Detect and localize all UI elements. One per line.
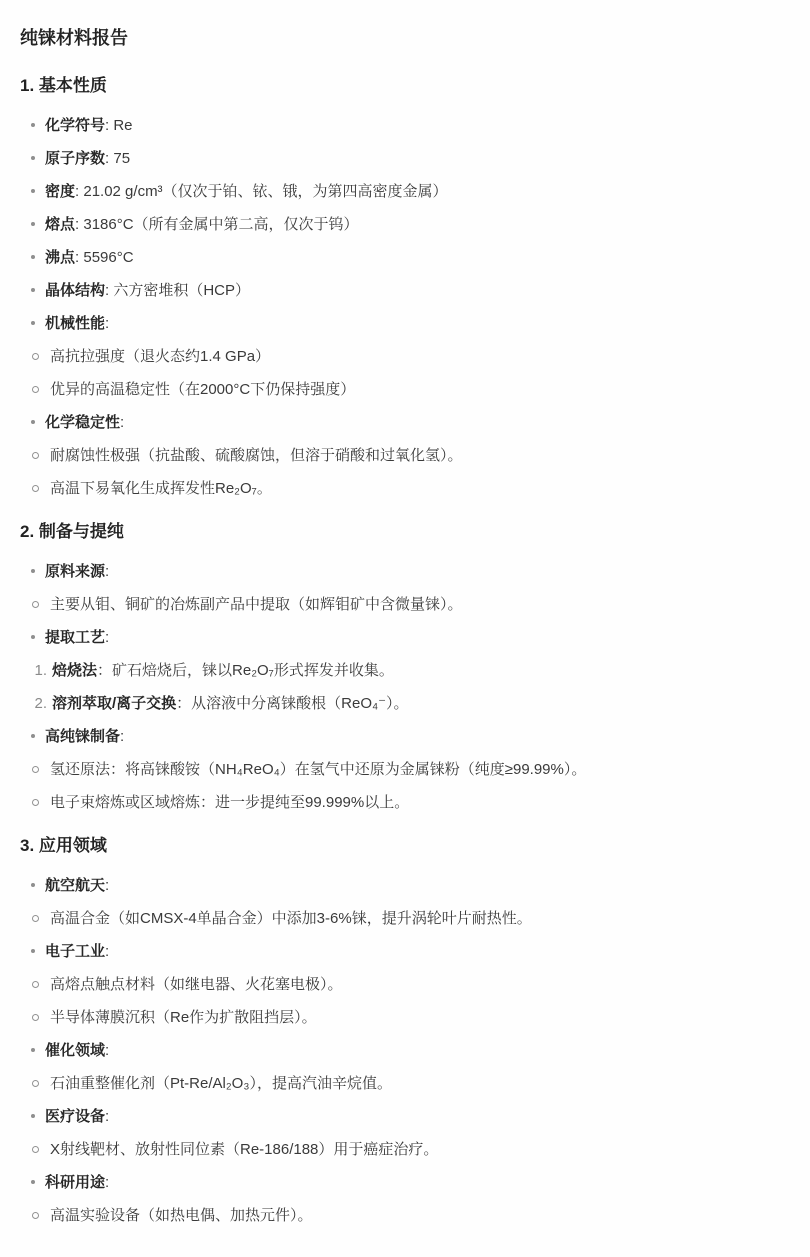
item-label: 密度: [45, 183, 75, 200]
item-text: X射线靶材、放射性同位素（Re-186/188）用于癌症治疗。: [50, 1141, 438, 1158]
sublist: 高温实验设备（如热电偶、加热元件）。: [20, 1204, 786, 1227]
item-text: 高温下易氧化生成挥发性Re₂O₇。: [50, 480, 272, 497]
item-text: :: [105, 1174, 109, 1191]
item-text: :: [105, 1042, 109, 1059]
sublist: 主要从钼、铜矿的冶炼副产品中提取（如辉钼矿中含微量铼）。: [20, 593, 786, 616]
item-label: 机械性能: [45, 315, 105, 332]
item-text: : 75: [105, 150, 130, 167]
sublist: X射线靶材、放射性同位素（Re-186/188）用于癌症治疗。: [20, 1138, 786, 1161]
item-label: 高纯铼制备: [45, 728, 120, 745]
circle-bullet-icon: [32, 915, 39, 922]
bullet-icon: [31, 255, 35, 259]
item-label: 提取工艺: [45, 629, 105, 646]
circle-bullet-icon: [32, 1014, 39, 1021]
list-item: 氢还原法：将高铼酸铵（NH₄ReO₄）在氢气中还原为金属铼粉（纯度≥99.99%…: [20, 758, 786, 781]
item-label: 原料来源: [45, 563, 105, 580]
bullet-icon: [31, 123, 35, 127]
list-item: 原料来源: 主要从钼、铜矿的冶炼副产品中提取（如辉钼矿中含微量铼）。: [20, 560, 786, 616]
list-item: 高抗拉强度（退火态约1.4 GPa）: [20, 345, 786, 368]
list-item: X射线靶材、放射性同位素（Re-186/188）用于癌症治疗。: [20, 1138, 786, 1161]
item-text: 高抗拉强度（退火态约1.4 GPa）: [50, 348, 270, 365]
list-basic-properties: 化学符号: Re 原子序数: 75 密度: 21.02 g/cm³（仅次于铂、铱…: [20, 114, 786, 500]
list-item: 高温下易氧化生成挥发性Re₂O₇。: [20, 477, 786, 500]
circle-bullet-icon: [32, 1212, 39, 1219]
item-text: :: [120, 414, 124, 431]
list-item: 沸点: 5596°C: [20, 246, 786, 269]
circle-bullet-icon: [32, 1146, 39, 1153]
circle-bullet-icon: [32, 601, 39, 608]
item-text: 高熔点触点材料（如继电器、火花塞电极）。: [50, 976, 343, 993]
list-item: 化学符号: Re: [20, 114, 786, 137]
list-item: 提取工艺: 1.焙烧法：矿石焙烧后，铼以Re₂O₇形式挥发并收集。 2.溶剂萃取…: [20, 626, 786, 715]
item-label: 航空航天: [45, 877, 105, 894]
item-text: ：从溶液中分离铼酸根（ReO₄⁻）。: [176, 695, 408, 712]
item-number: 2.: [20, 692, 47, 715]
list-item: 电子工业: 高熔点触点材料（如继电器、火花塞电极）。 半导体薄膜沉积（Re作为扩…: [20, 940, 786, 1029]
item-label: 焙烧法: [52, 662, 97, 679]
list-item: 密度: 21.02 g/cm³（仅次于铂、铱、锇，为第四高密度金属）: [20, 180, 786, 203]
list-item: 科研用途: 高温实验设备（如热电偶、加热元件）。: [20, 1171, 786, 1227]
sublist: 高抗拉强度（退火态约1.4 GPa） 优异的高温稳定性（在2000°C下仍保持强…: [20, 345, 786, 401]
item-label: 化学符号: [45, 117, 105, 134]
item-label: 沸点: [45, 249, 75, 266]
document: 纯铼材料报告 1. 基本性质 化学符号: Re 原子序数: 75 密度: 21.…: [0, 0, 810, 1257]
item-text: :: [105, 563, 109, 580]
bullet-icon: [31, 734, 35, 738]
bullet-icon: [31, 321, 35, 325]
bullet-icon: [31, 288, 35, 292]
item-number: 1.: [20, 659, 47, 682]
item-text: ：矿石焙烧后，铼以Re₂O₇形式挥发并收集。: [97, 662, 394, 679]
list-item: 2.溶剂萃取/离子交换：从溶液中分离铼酸根（ReO₄⁻）。: [20, 692, 786, 715]
list-item: 石油重整催化剂（Pt-Re/Al₂O₃），提高汽油辛烷值。: [20, 1072, 786, 1095]
item-label: 化学稳定性: [45, 414, 120, 431]
list-item: 半导体薄膜沉积（Re作为扩散阻挡层）。: [20, 1006, 786, 1029]
sublist: 耐腐蚀性极强（抗盐酸、硫酸腐蚀，但溶于硝酸和过氧化氢）。 高温下易氧化生成挥发性…: [20, 444, 786, 500]
list-item: 航空航天: 高温合金（如CMSX-4单晶合金）中添加3-6%铼，提升涡轮叶片耐热…: [20, 874, 786, 930]
item-label: 原子序数: [45, 150, 105, 167]
list-item: 机械性能: 高抗拉强度（退火态约1.4 GPa） 优异的高温稳定性（在2000°…: [20, 312, 786, 401]
circle-bullet-icon: [32, 799, 39, 806]
bullet-icon: [31, 420, 35, 424]
bullet-icon: [31, 1180, 35, 1184]
bullet-icon: [31, 1114, 35, 1118]
sublist: 高温合金（如CMSX-4单晶合金）中添加3-6%铼，提升涡轮叶片耐热性。: [20, 907, 786, 930]
list-item: 晶体结构: 六方密堆积（HCP）: [20, 279, 786, 302]
circle-bullet-icon: [32, 1080, 39, 1087]
bullet-icon: [31, 1048, 35, 1052]
list-item: 医疗设备: X射线靶材、放射性同位素（Re-186/188）用于癌症治疗。: [20, 1105, 786, 1161]
item-label: 电子工业: [45, 943, 105, 960]
item-label: 科研用途: [45, 1174, 105, 1191]
item-text: : 3186°C（所有金属中第二高，仅次于钨）: [75, 216, 359, 233]
list-preparation: 原料来源: 主要从钼、铜矿的冶炼副产品中提取（如辉钼矿中含微量铼）。 提取工艺:…: [20, 560, 786, 814]
list-item: 熔点: 3186°C（所有金属中第二高，仅次于钨）: [20, 213, 786, 236]
item-label: 医疗设备: [45, 1108, 105, 1125]
list-item: 催化领域: 石油重整催化剂（Pt-Re/Al₂O₃），提高汽油辛烷值。: [20, 1039, 786, 1095]
section-heading-preparation: 2. 制备与提纯: [20, 520, 786, 544]
circle-bullet-icon: [32, 766, 39, 773]
list-item: 原子序数: 75: [20, 147, 786, 170]
ordered-sublist: 1.焙烧法：矿石焙烧后，铼以Re₂O₇形式挥发并收集。 2.溶剂萃取/离子交换：…: [20, 659, 786, 715]
item-text: :: [105, 1108, 109, 1125]
list-item: 电子束熔炼或区域熔炼：进一步提纯至99.999%以上。: [20, 791, 786, 814]
bullet-icon: [31, 222, 35, 226]
item-label: 晶体结构: [45, 282, 105, 299]
item-text: : 5596°C: [75, 249, 134, 266]
item-text: : 21.02 g/cm³（仅次于铂、铱、锇，为第四高密度金属）: [75, 183, 448, 200]
item-text: : Re: [105, 117, 133, 134]
item-text: :: [105, 315, 109, 332]
item-label: 溶剂萃取/离子交换: [52, 695, 176, 712]
list-item: 化学稳定性: 耐腐蚀性极强（抗盐酸、硫酸腐蚀，但溶于硝酸和过氧化氢）。 高温下易…: [20, 411, 786, 500]
item-label: 熔点: [45, 216, 75, 233]
item-label: 催化领域: [45, 1042, 105, 1059]
list-item: 高温实验设备（如热电偶、加热元件）。: [20, 1204, 786, 1227]
item-text: 优异的高温稳定性（在2000°C下仍保持强度）: [50, 381, 355, 398]
item-text: 耐腐蚀性极强（抗盐酸、硫酸腐蚀，但溶于硝酸和过氧化氢）。: [50, 447, 463, 464]
item-text: :: [120, 728, 124, 745]
list-item: 1.焙烧法：矿石焙烧后，铼以Re₂O₇形式挥发并收集。: [20, 659, 786, 682]
bullet-icon: [31, 569, 35, 573]
item-text: 氢还原法：将高铼酸铵（NH₄ReO₄）在氢气中还原为金属铼粉（纯度≥99.99%…: [50, 761, 586, 778]
item-text: 主要从钼、铜矿的冶炼副产品中提取（如辉钼矿中含微量铼）。: [50, 596, 463, 613]
page-title: 纯铼材料报告: [20, 26, 786, 50]
circle-bullet-icon: [32, 981, 39, 988]
bullet-icon: [31, 156, 35, 160]
item-text: 电子束熔炼或区域熔炼：进一步提纯至99.999%以上。: [50, 794, 409, 811]
list-item: 主要从钼、铜矿的冶炼副产品中提取（如辉钼矿中含微量铼）。: [20, 593, 786, 616]
circle-bullet-icon: [32, 452, 39, 459]
item-text: 半导体薄膜沉积（Re作为扩散阻挡层）。: [50, 1009, 317, 1026]
circle-bullet-icon: [32, 353, 39, 360]
section-heading-applications: 3. 应用领域: [20, 834, 786, 858]
list-item: 高温合金（如CMSX-4单晶合金）中添加3-6%铼，提升涡轮叶片耐热性。: [20, 907, 786, 930]
item-text: : 六方密堆积（HCP）: [105, 282, 250, 299]
circle-bullet-icon: [32, 386, 39, 393]
list-applications: 航空航天: 高温合金（如CMSX-4单晶合金）中添加3-6%铼，提升涡轮叶片耐热…: [20, 874, 786, 1227]
sublist: 石油重整催化剂（Pt-Re/Al₂O₃），提高汽油辛烷值。: [20, 1072, 786, 1095]
bullet-icon: [31, 189, 35, 193]
circle-bullet-icon: [32, 485, 39, 492]
list-item: 优异的高温稳定性（在2000°C下仍保持强度）: [20, 378, 786, 401]
item-text: 高温合金（如CMSX-4单晶合金）中添加3-6%铼，提升涡轮叶片耐热性。: [50, 910, 532, 927]
item-text: :: [105, 943, 109, 960]
section-heading-basic-properties: 1. 基本性质: [20, 74, 786, 98]
item-text: :: [105, 629, 109, 646]
bullet-icon: [31, 635, 35, 639]
item-text: 高温实验设备（如热电偶、加热元件）。: [50, 1207, 313, 1224]
list-item: 高纯铼制备: 氢还原法：将高铼酸铵（NH₄ReO₄）在氢气中还原为金属铼粉（纯度…: [20, 725, 786, 814]
bullet-icon: [31, 883, 35, 887]
item-text: 石油重整催化剂（Pt-Re/Al₂O₃），提高汽油辛烷值。: [50, 1075, 392, 1092]
item-text: :: [105, 877, 109, 894]
bullet-icon: [31, 949, 35, 953]
sublist: 氢还原法：将高铼酸铵（NH₄ReO₄）在氢气中还原为金属铼粉（纯度≥99.99%…: [20, 758, 786, 814]
list-item: 高熔点触点材料（如继电器、火花塞电极）。: [20, 973, 786, 996]
sublist: 高熔点触点材料（如继电器、火花塞电极）。 半导体薄膜沉积（Re作为扩散阻挡层）。: [20, 973, 786, 1029]
list-item: 耐腐蚀性极强（抗盐酸、硫酸腐蚀，但溶于硝酸和过氧化氢）。: [20, 444, 786, 467]
